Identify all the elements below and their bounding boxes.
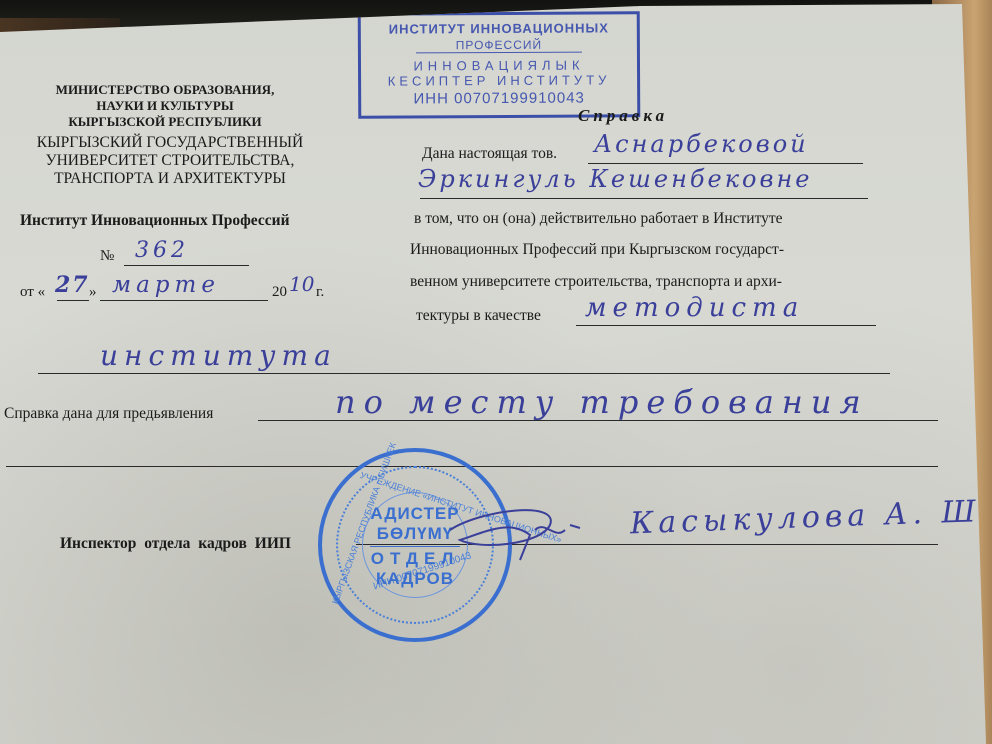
rect-stamp-line-3: ИННОВАЦИЯЛЫК: [361, 57, 637, 73]
date-prefix: от «: [20, 284, 45, 301]
position-underline-1: [576, 325, 876, 326]
purpose-value: по месту требования: [335, 383, 869, 421]
round-stamp-line-4: КАДРОВ: [322, 569, 508, 589]
signature-label: Инспектор отдела кадров ИИП: [60, 535, 291, 553]
number-value: 362: [135, 238, 189, 263]
university-line-1: КЫРГЫЗСКИЙ ГОСУДАРСТВЕННЫЙ: [20, 134, 320, 152]
ministry-line-1: МИНИСТЕРСТВО ОБРАЗОВАНИЯ,: [40, 82, 290, 98]
date-day-underline: [57, 300, 89, 301]
signature-name: Касыкулова А. Ш.: [630, 494, 992, 542]
employee-surname: Аснарбековой: [594, 130, 809, 158]
date-month: марте: [112, 272, 220, 298]
position-underline-2: [38, 373, 890, 374]
date-year-prefix: 20: [272, 284, 287, 301]
signature-scribble: [440, 490, 600, 570]
rect-stamp-line-2: ПРОФЕССИЙ: [416, 38, 582, 54]
employee-given-names: Эркингуль Кешенбековне: [418, 165, 813, 193]
name-underline-1: [588, 163, 863, 164]
institute-rectangular-stamp: ИНСТИТУТ ИННОВАЦИОННЫХ ПРОФЕССИЙ ИННОВАЦ…: [358, 11, 641, 118]
body-line-2: Инновационных Профессий при Кыргызском г…: [410, 241, 784, 259]
date-suffix: г.: [316, 284, 324, 301]
date-mid: »: [89, 284, 97, 301]
body-line-3: венном университете строительства, транс…: [410, 273, 782, 291]
rect-stamp-line-5: ИНН 00707199910043: [361, 89, 637, 107]
institute-name: Институт Инновационных Профессий: [20, 212, 290, 230]
ministry-line-2: НАУКИ И КУЛЬТУРЫ: [40, 98, 290, 114]
purpose-label: Справка дана для предьявления: [4, 405, 213, 423]
date-month-underline: [100, 300, 268, 301]
document-title: Справка: [578, 106, 668, 126]
ministry-heading: МИНИСТЕРСТВО ОБРАЗОВАНИЯ, НАУКИ И КУЛЬТУ…: [40, 82, 290, 130]
body-line-1: в том, что он (она) действительно работа…: [414, 210, 783, 228]
position-value-1: методиста: [585, 293, 804, 323]
ministry-line-3: КЫРГЫЗСКОЙ РЕСПУБЛИКИ: [40, 114, 290, 130]
number-underline: [124, 265, 249, 266]
position-label: тектуры в качестве: [416, 307, 541, 325]
document-paper: МИНИСТЕРСТВО ОБРАЗОВАНИЯ, НАУКИ И КУЛЬТУ…: [0, 0, 992, 744]
given-label: Дана настоящая тов.: [422, 145, 557, 163]
name-underline-2: [420, 198, 868, 199]
date-day: 27: [55, 272, 90, 298]
number-label: №: [100, 248, 114, 265]
rect-stamp-line-4: КЕСИПТЕР ИНСТИТУТУ: [361, 72, 637, 88]
university-line-3: ТРАНСПОРТА И АРХИТЕКТУРЫ: [20, 170, 320, 188]
university-line-2: УНИВЕРСИТЕТ СТРОИТЕЛЬСТВА,: [20, 152, 320, 170]
university-heading: КЫРГЫЗСКИЙ ГОСУДАРСТВЕННЫЙ УНИВЕРСИТЕТ С…: [20, 134, 320, 188]
position-value-2: института: [100, 339, 337, 372]
rect-stamp-line-1: ИНСТИТУТ ИННОВАЦИОННЫХ: [361, 20, 637, 36]
date-year-suffix: 10: [289, 272, 314, 296]
